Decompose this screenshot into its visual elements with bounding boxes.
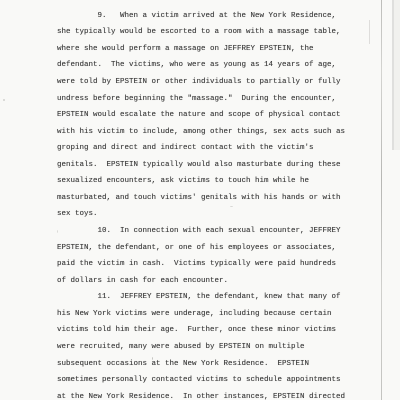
document-line: 10. In connection with each sexual encou… xyxy=(57,223,345,240)
document-line: EPSTEIN, the defendant, or one of his em… xyxy=(57,240,345,257)
scan-edge-line-2 xyxy=(392,0,394,150)
scan-edge-line xyxy=(381,0,382,400)
scan-speckle xyxy=(57,230,58,233)
scan-speckle xyxy=(3,99,5,101)
document-line: victims told him their age. Further, onc… xyxy=(57,322,345,339)
scan-speckle xyxy=(310,62,312,64)
document-line: undress before beginning the "massage." … xyxy=(57,91,345,108)
scan-edge-line-3 xyxy=(369,20,370,44)
document-line: masturbated, and touch victims' genitals… xyxy=(57,190,345,207)
document-page: 9. When a victim arrived at the New York… xyxy=(0,0,400,400)
document-line: subsequent occasions at the New York Res… xyxy=(57,356,345,373)
document-line: paid the victim in cash. Victims typical… xyxy=(57,256,345,273)
document-line: 9. When a victim arrived at the New York… xyxy=(57,8,345,25)
scan-speckle xyxy=(152,357,153,360)
document-line: sexualized encounters, ask victims to to… xyxy=(57,173,345,190)
document-line: were recruited, many were abused by EPST… xyxy=(57,339,345,356)
document-line: where she would perform a massage on JEF… xyxy=(57,41,345,58)
document-line: with his victim to include, among other … xyxy=(57,124,345,141)
document-line: EPSTEIN would escalate the nature and sc… xyxy=(57,107,345,124)
document-line: sex toys. xyxy=(57,206,345,223)
document-line: defendant. The victims, who were as youn… xyxy=(57,57,345,74)
document-line: of dollars in cash for each encounter. xyxy=(57,273,345,290)
document-line: 11. JEFFREY EPSTEIN, the defendant, knew… xyxy=(57,289,345,306)
document-line: genitals. EPSTEIN typically would also m… xyxy=(57,157,345,174)
document-line: groping and direct and indirect contact … xyxy=(57,140,345,157)
document-line: at the New York Residence. In other inst… xyxy=(57,389,345,400)
document-line: his New York victims were underage, incl… xyxy=(57,306,345,323)
document-line: sometimes personally contacted victims t… xyxy=(57,372,345,389)
scan-margin-shade xyxy=(394,0,400,150)
document-line: were told by EPSTEIN or other individual… xyxy=(57,74,345,91)
scan-speckle xyxy=(230,206,233,207)
document-line: she typically would be escorted to a roo… xyxy=(57,24,345,41)
document-text-block: 9. When a victim arrived at the New York… xyxy=(57,8,345,400)
